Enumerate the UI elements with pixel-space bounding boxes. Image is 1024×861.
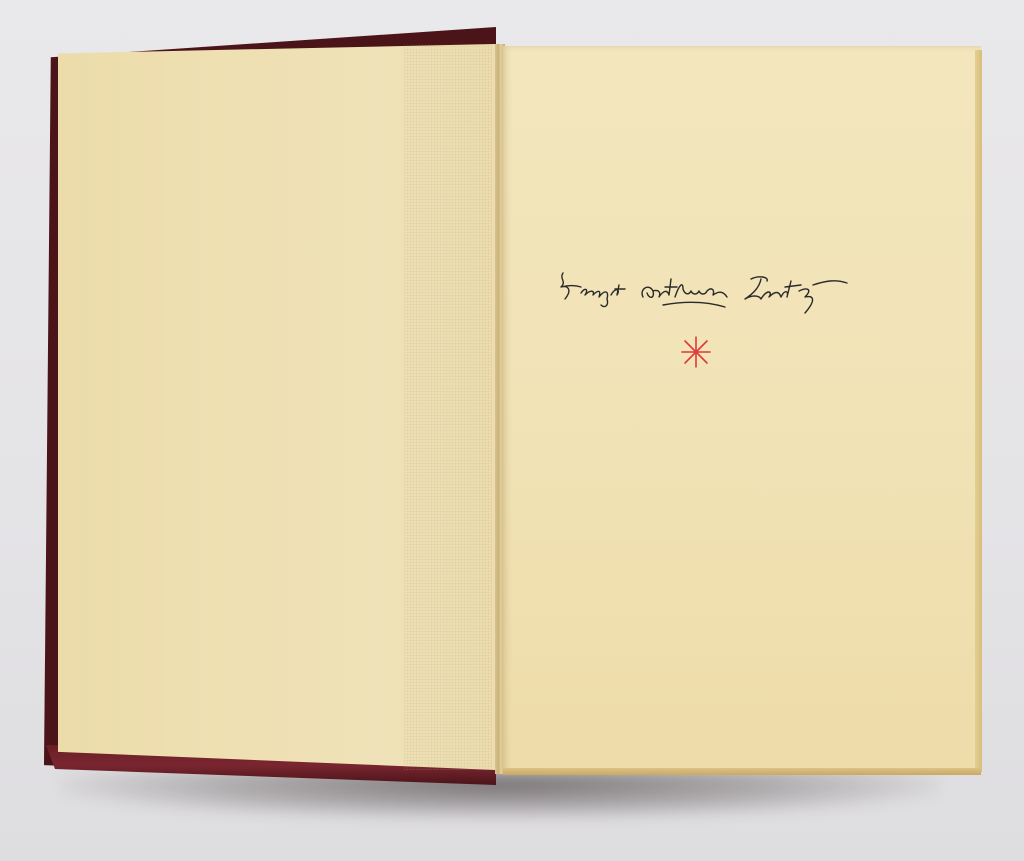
page-fore-edge: [975, 50, 982, 772]
page-bottom-edge: [503, 768, 981, 775]
flyleaf-page: [503, 46, 981, 774]
pastedown-texture: [404, 44, 492, 770]
red-asterisk-mark: *: [676, 334, 716, 370]
book-shadow: [60, 770, 940, 820]
handwritten-signature: George Arthur Frantz: [555, 265, 855, 335]
